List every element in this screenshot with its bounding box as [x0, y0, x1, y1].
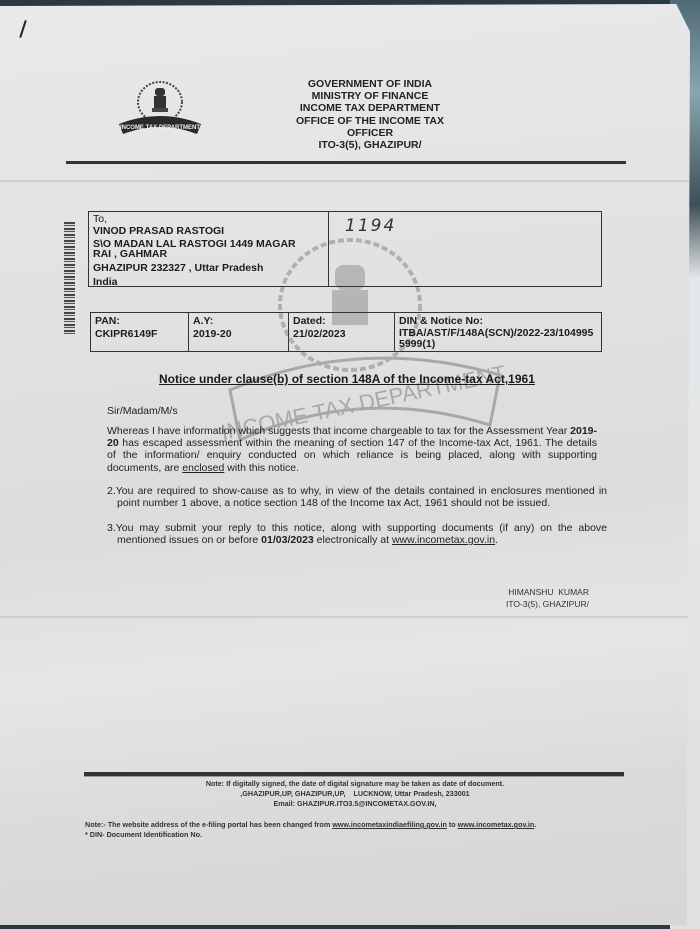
paper-fold: [0, 616, 690, 618]
text: to: [447, 820, 458, 829]
header-line: OFFICE OF THE INCOME TAX: [290, 115, 450, 127]
digital-signature-note: Note: If digitally signed, the date of d…: [100, 779, 610, 789]
din-footnote: * DIN- Document Identification No.: [85, 830, 536, 840]
svg-text:INCOME TAX DEPARTMENT: INCOME TAX DEPARTMENT: [120, 125, 200, 131]
header-line: INCOME TAX DEPARTMENT: [290, 102, 450, 114]
text: electronically at: [314, 534, 392, 546]
addressee-box: To, VINOD PRASAD RASTOGI S\O MADAN LAL R…: [88, 211, 602, 287]
din-cell: DIN & Notice No: ITBA/AST/F/148A(SCN)/20…: [395, 313, 601, 351]
text: Whereas I have information which suggest…: [107, 425, 570, 437]
text: with this notice.: [224, 462, 299, 474]
portal-footnote: Note:- The website address of the e-fili…: [85, 820, 536, 840]
notice-title: Notice under clause(b) of section 148A o…: [159, 372, 535, 386]
footer-note: Note: If digitally signed, the date of d…: [100, 779, 610, 809]
office-address: ,GHAZIPUR,UP, GHAZIPUR,UP, LUCKNOW, Utta…: [100, 789, 610, 799]
header-line: OFFICER: [290, 127, 450, 139]
dated-label: Dated:: [293, 315, 390, 328]
handwritten-number: 1194: [345, 216, 396, 236]
addressee-details: To, VINOD PRASAD RASTOGI S\O MADAN LAL R…: [89, 212, 329, 286]
pan-value: CKIPR6149F: [95, 328, 184, 341]
old-portal-link[interactable]: www.incometaxindiaefiling.gov.in: [332, 820, 447, 829]
ay-label: A.Y:: [193, 315, 284, 328]
din-label: DIN & Notice No:: [399, 315, 597, 328]
office-email: Email: GHAZIPUR.ITO3.5@INCOMETAX.GOV.IN,: [100, 799, 610, 809]
address-line: GHAZIPUR 232327 , Uttar Pradesh: [93, 262, 328, 274]
paragraph-1: Whereas I have information which suggest…: [107, 425, 597, 474]
notice-info-table: PAN: CKIPR6149F A.Y: 2019-20 Dated: 21/0…: [90, 312, 602, 352]
header-line: MINISTRY OF FINANCE: [290, 90, 450, 102]
dated-value: 21/02/2023: [293, 328, 390, 341]
reply-deadline: 01/03/2023: [261, 534, 314, 546]
text: .: [495, 534, 498, 546]
text: has escaped assessment within the meanin…: [107, 437, 597, 473]
pan-label: PAN:: [95, 315, 184, 328]
footer-divider: [84, 772, 624, 777]
salutation: Sir/Madam/M/s: [107, 405, 178, 417]
officer-name: HIMANSHU KUMAR: [506, 586, 589, 598]
header-line: GOVERNMENT OF INDIA: [290, 78, 450, 90]
officer-designation: ITO-3(5), GHAZIPUR/: [506, 598, 589, 610]
new-portal-link[interactable]: www.incometax.gov.in: [458, 820, 535, 829]
pan-cell: PAN: CKIPR6149F: [91, 313, 189, 351]
pen-mark: [19, 20, 26, 38]
ay-value: 2019-20: [193, 328, 284, 341]
incometax-portal-link[interactable]: www.incometax.gov.in: [392, 534, 495, 546]
office-header: GOVERNMENT OF INDIA MINISTRY OF FINANCE …: [290, 78, 450, 151]
assessment-year-cell: A.Y: 2019-20: [189, 313, 289, 351]
text: Note:- The website address of the e-fili…: [85, 820, 332, 829]
dated-cell: Dated: 21/02/2023: [289, 313, 395, 351]
barcode: [64, 222, 75, 334]
address-country: India: [93, 276, 328, 288]
text: .: [534, 820, 536, 829]
din-value: ITBA/AST/F/148A(SCN)/2022-23/1049955999(…: [399, 328, 597, 350]
paragraph-3: 3.You may submit your reply to this noti…: [107, 522, 607, 546]
addressee-name: VINOD PRASAD RASTOGI: [93, 225, 328, 237]
paper-fold: [0, 180, 690, 182]
enclosed-text: enclosed: [182, 462, 224, 474]
header-divider: [66, 161, 626, 164]
income-tax-logo: INCOME TAX DEPARTMENT: [115, 78, 205, 138]
signature-block: HIMANSHU KUMAR ITO-3(5), GHAZIPUR/: [506, 586, 589, 610]
to-label: To,: [93, 213, 328, 225]
header-line: ITO-3(5), GHAZIPUR/: [290, 139, 450, 151]
paragraph-2: 2.You are required to show-cause as to w…: [107, 485, 607, 509]
